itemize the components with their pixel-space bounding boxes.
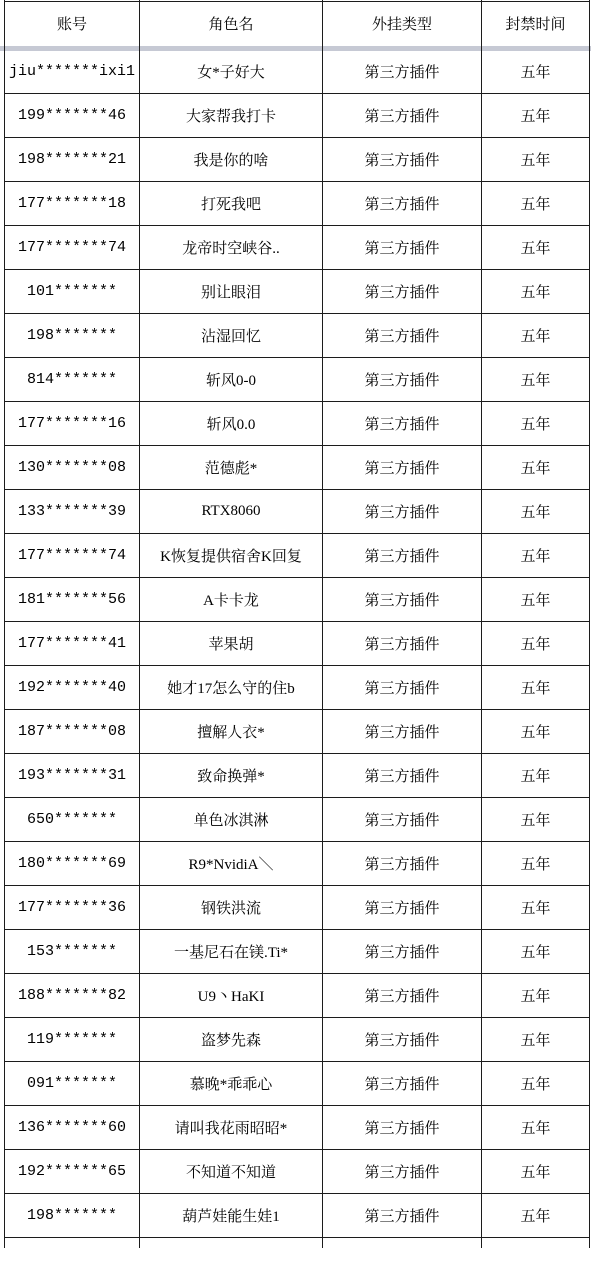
account-cell: 192*******65 [5,1150,140,1194]
ban-duration-cell: 五年 [482,578,590,622]
table-header-row: 账号 角色名 外挂类型 封禁时间 [5,2,590,45]
ban-duration-cell: 五年 [482,622,590,666]
role-name-cell: R9*NvidiA＼ [140,842,323,886]
cheat-type-cell: 第三方插件 [323,94,482,138]
table-row: 814******* 斩风0-0 第三方插件 五年 [5,358,590,402]
role-name-cell: 女*子好大 [140,50,323,94]
account-cell: 181*******56 [5,578,140,622]
role-name-cell: 龙帝时空峡谷.. [140,226,323,270]
cheat-type-cell: 第三方插件 [323,534,482,578]
ban-list-page: 账号 角色名 外挂类型 封禁时间 jiu*******ixi1 女*子好大 第三… [0,0,591,1270]
ban-duration-cell: 五年 [482,270,590,314]
cheat-type-cell: 第三方插件 [323,886,482,930]
role-name-cell: 致命换弹* [140,754,323,798]
role-name-cell: 斩风0.0 [140,402,323,446]
cheat-type-cell: 第三方插件 [323,754,482,798]
table-row: 177*******41 苹果胡 第三方插件 五年 [5,622,590,666]
account-cell: 198******* [5,314,140,358]
table-row: 101******* 别让眼泪 第三方插件 五年 [5,270,590,314]
cheat-type-cell: 第三方插件 [323,490,482,534]
cheat-type-cell: 第三方插件 [323,314,482,358]
role-name-cell: 她才17怎么守的住b [140,666,323,710]
table-row: 180*******69 R9*NvidiA＼ 第三方插件 五年 [5,842,590,886]
role-name-cell: 斩风0-0 [140,358,323,402]
cheat-type-cell: 第三方插件 [323,402,482,446]
role-name-cell: A卡卡龙 [140,578,323,622]
role-name-cell: 范德彪* [140,446,323,490]
account-cell: 091******* [5,1062,140,1106]
table-row: 192*******40 她才17怎么守的住b 第三方插件 五年 [5,666,590,710]
ban-duration-cell: 五年 [482,798,590,842]
ban-duration-cell: 五年 [482,930,590,974]
account-cell: 180*******69 [5,842,140,886]
table-row: 177*******36 钢铁洪流 第三方插件 五年 [5,886,590,930]
cheat-type-cell: 第三方插件 [323,930,482,974]
table-row: 199*******46 大家帮我打卡 第三方插件 五年 [5,94,590,138]
cheat-type-cell: 第三方插件 [323,1194,482,1238]
role-name-cell: 葫芦娃能生娃1 [140,1194,323,1238]
ban-duration-cell: 五年 [482,446,590,490]
account-cell: 101******* [5,270,140,314]
table-row: 119******* 盗梦先森 第三方插件 五年 [5,1018,590,1062]
account-cell: 133*******39 [5,490,140,534]
role-name-cell: K恢复提供宿舍K回复 [140,534,323,578]
account-cell: 188*******82 [5,974,140,1018]
role-name-cell: RTX8060 [140,490,323,534]
account-cell: jiu*******ixi1 [5,50,140,94]
account-cell: 198******* [5,1194,140,1238]
table-row: 193*******31 致命换弹* 第三方插件 五年 [5,754,590,798]
table-row: 091******* 慕晚*乖乖心 第三方插件 五年 [5,1062,590,1106]
table-row: 130*******08 范德彪* 第三方插件 五年 [5,446,590,490]
table-row: 153******* 一基尼石在镁.Ti* 第三方插件 五年 [5,930,590,974]
table-row: 198*******21 我是你的啥 第三方插件 五年 [5,138,590,182]
ban-duration-cell: 五年 [482,226,590,270]
account-cell: 130*******08 [5,446,140,490]
cheat-type-cell: 第三方插件 [323,1018,482,1062]
column-header-role-name: 角色名 [140,2,323,45]
ban-duration-cell: 五年 [482,754,590,798]
account-cell: 177*******16 [5,402,140,446]
ban-duration-cell: 五年 [482,974,590,1018]
account-cell: 177*******18 [5,182,140,226]
cheat-type-cell: 第三方插件 [323,50,482,94]
account-cell: 193*******31 [5,754,140,798]
cheat-type-cell: 第三方插件 [323,578,482,622]
cheat-type-cell: 第三方插件 [323,1150,482,1194]
ban-duration-cell: 五年 [482,50,590,94]
table-row: 188*******82 U9丶HaKI 第三方插件 五年 [5,974,590,1018]
account-cell: 177*******36 [5,886,140,930]
cheat-type-cell: 第三方插件 [323,1106,482,1150]
cheat-type-cell: 第三方插件 [323,666,482,710]
table-row: 650******* 单色冰淇淋 第三方插件 五年 [5,798,590,842]
account-cell: 177*******74 [5,226,140,270]
table-row: jiu*******ixi1 女*子好大 第三方插件 五年 [5,50,590,94]
table-row: 198******* 沾湿回忆 第三方插件 五年 [5,314,590,358]
cheat-type-cell: 第三方插件 [323,622,482,666]
clipped-cell [323,1238,482,1248]
role-name-cell: 打死我吧 [140,182,323,226]
account-cell: 153******* [5,930,140,974]
ban-duration-cell: 五年 [482,1150,590,1194]
clipped-cell [482,1238,590,1248]
table-body: jiu*******ixi1 女*子好大 第三方插件 五年 199*******… [5,50,590,1238]
cheat-type-cell: 第三方插件 [323,798,482,842]
ban-duration-cell: 五年 [482,94,590,138]
table-row: 177*******74 K恢复提供宿舍K回复 第三方插件 五年 [5,534,590,578]
account-cell: 650******* [5,798,140,842]
cheat-type-cell: 第三方插件 [323,182,482,226]
column-header-cheat-type: 外挂类型 [323,2,482,45]
role-name-cell: 请叫我花雨昭昭* [140,1106,323,1150]
column-header-ban-duration: 封禁时间 [482,2,590,45]
ban-list-table: 账号 角色名 外挂类型 封禁时间 jiu*******ixi1 女*子好大 第三… [4,0,590,1248]
table-row: 177*******74 龙帝时空峡谷.. 第三方插件 五年 [5,226,590,270]
clipped-bottom-row [5,1238,590,1248]
table-row: 177*******16 斩风0.0 第三方插件 五年 [5,402,590,446]
role-name-cell: 不知道不知道 [140,1150,323,1194]
role-name-cell: 沾湿回忆 [140,314,323,358]
table-row: 133*******39 RTX8060 第三方插件 五年 [5,490,590,534]
ban-duration-cell: 五年 [482,490,590,534]
ban-duration-cell: 五年 [482,402,590,446]
table-row: 177*******18 打死我吧 第三方插件 五年 [5,182,590,226]
clipped-cell [5,1238,140,1248]
ban-duration-cell: 五年 [482,314,590,358]
cheat-type-cell: 第三方插件 [323,842,482,886]
role-name-cell: 盗梦先森 [140,1018,323,1062]
cheat-type-cell: 第三方插件 [323,270,482,314]
role-name-cell: 慕晚*乖乖心 [140,1062,323,1106]
cheat-type-cell: 第三方插件 [323,1062,482,1106]
ban-duration-cell: 五年 [482,1106,590,1150]
role-name-cell: 我是你的啥 [140,138,323,182]
account-cell: 187*******08 [5,710,140,754]
ban-duration-cell: 五年 [482,886,590,930]
ban-duration-cell: 五年 [482,1062,590,1106]
ban-duration-cell: 五年 [482,842,590,886]
ban-duration-cell: 五年 [482,138,590,182]
ban-duration-cell: 五年 [482,666,590,710]
table-row: 136*******60 请叫我花雨昭昭* 第三方插件 五年 [5,1106,590,1150]
clipped-cell [140,1238,323,1248]
table-row: 187*******08 擅解人衣* 第三方插件 五年 [5,710,590,754]
ban-duration-cell: 五年 [482,358,590,402]
table-row: 181*******56 A卡卡龙 第三方插件 五年 [5,578,590,622]
role-name-cell: 别让眼泪 [140,270,323,314]
role-name-cell: 擅解人衣* [140,710,323,754]
cheat-type-cell: 第三方插件 [323,710,482,754]
account-cell: 177*******41 [5,622,140,666]
cheat-type-cell: 第三方插件 [323,446,482,490]
account-cell: 198*******21 [5,138,140,182]
account-cell: 192*******40 [5,666,140,710]
ban-duration-cell: 五年 [482,1018,590,1062]
account-cell: 119******* [5,1018,140,1062]
account-cell: 199*******46 [5,94,140,138]
ban-duration-cell: 五年 [482,182,590,226]
role-name-cell: 一基尼石在镁.Ti* [140,930,323,974]
cheat-type-cell: 第三方插件 [323,226,482,270]
cheat-type-cell: 第三方插件 [323,358,482,402]
role-name-cell: 苹果胡 [140,622,323,666]
cheat-type-cell: 第三方插件 [323,138,482,182]
table-row: 198******* 葫芦娃能生娃1 第三方插件 五年 [5,1194,590,1238]
column-header-account: 账号 [5,2,140,45]
cheat-type-cell: 第三方插件 [323,974,482,1018]
role-name-cell: 钢铁洪流 [140,886,323,930]
ban-duration-cell: 五年 [482,1194,590,1238]
ban-duration-cell: 五年 [482,710,590,754]
account-cell: 177*******74 [5,534,140,578]
role-name-cell: 大家帮我打卡 [140,94,323,138]
ban-duration-cell: 五年 [482,534,590,578]
table-row: 192*******65 不知道不知道 第三方插件 五年 [5,1150,590,1194]
role-name-cell: 单色冰淇淋 [140,798,323,842]
role-name-cell: U9丶HaKI [140,974,323,1018]
account-cell: 814******* [5,358,140,402]
account-cell: 136*******60 [5,1106,140,1150]
